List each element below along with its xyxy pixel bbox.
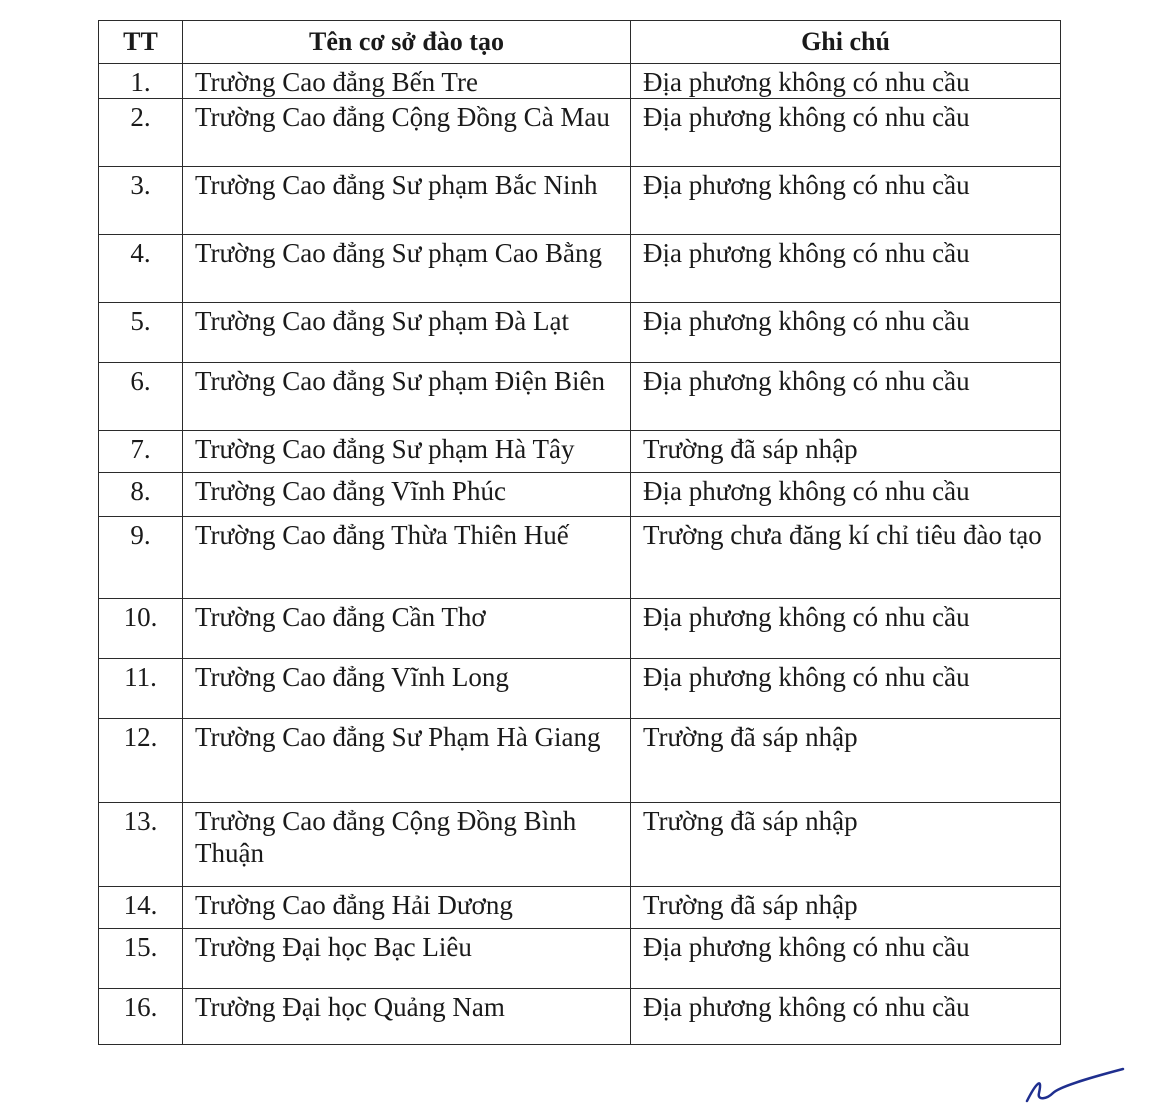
row-note: Trường đã sáp nhập: [631, 431, 1061, 473]
institution-name: Trường Cao đẳng Sư phạm Hà Tây: [183, 431, 631, 473]
row-note: Địa phương không có nhu cầu: [631, 99, 1061, 167]
row-number: 14.: [99, 887, 183, 929]
row-number: 7.: [99, 431, 183, 473]
institution-name: Trường Cao đẳng Thừa Thiên Huế: [183, 517, 631, 599]
table-row: 13.Trường Cao đẳng Cộng Đồng Bình ThuậnT…: [99, 803, 1061, 887]
row-note: Địa phương không có nhu cầu: [631, 167, 1061, 235]
row-number: 6.: [99, 363, 183, 431]
table-row: 16.Trường Đại học Quảng NamĐịa phương kh…: [99, 989, 1061, 1045]
row-note: Trường chưa đăng kí chỉ tiêu đào tạo: [631, 517, 1061, 599]
table-row: 11.Trường Cao đẳng Vĩnh LongĐịa phương k…: [99, 659, 1061, 719]
institution-name: Trường Cao đẳng Sư Phạm Hà Giang: [183, 719, 631, 803]
row-number: 13.: [99, 803, 183, 887]
row-note: Địa phương không có nhu cầu: [631, 303, 1061, 363]
row-number: 8.: [99, 473, 183, 517]
institution-name: Trường Cao đẳng Vĩnh Phúc: [183, 473, 631, 517]
table-row: 7.Trường Cao đẳng Sư phạm Hà TâyTrường đ…: [99, 431, 1061, 473]
row-note: Trường đã sáp nhập: [631, 887, 1061, 929]
row-number: 3.: [99, 167, 183, 235]
institution-name: Trường Cao đẳng Sư phạm Cao Bằng: [183, 235, 631, 303]
table-row: 9.Trường Cao đẳng Thừa Thiên HuếTrường c…: [99, 517, 1061, 599]
row-number: 1.: [99, 64, 183, 99]
table-row: 10.Trường Cao đẳng Cần ThơĐịa phương khô…: [99, 599, 1061, 659]
row-note: Địa phương không có nhu cầu: [631, 363, 1061, 431]
row-note: Trường đã sáp nhập: [631, 719, 1061, 803]
table-row: 4.Trường Cao đẳng Sư phạm Cao BằngĐịa ph…: [99, 235, 1061, 303]
institution-name: Trường Cao đẳng Hải Dương: [183, 887, 631, 929]
table-header-row: TT Tên cơ sở đào tạo Ghi chú: [99, 21, 1061, 64]
document-page: TT Tên cơ sở đào tạo Ghi chú 1.Trường Ca…: [0, 0, 1168, 1105]
institution-name: Trường Cao đẳng Sư phạm Điện Biên: [183, 363, 631, 431]
header-note: Ghi chú: [631, 21, 1061, 64]
table-row: 5.Trường Cao đẳng Sư phạm Đà LạtĐịa phươ…: [99, 303, 1061, 363]
institution-table: TT Tên cơ sở đào tạo Ghi chú 1.Trường Ca…: [98, 20, 1061, 1045]
row-number: 16.: [99, 989, 183, 1045]
table-row: 3.Trường Cao đẳng Sư phạm Bắc NinhĐịa ph…: [99, 167, 1061, 235]
row-note: Địa phương không có nhu cầu: [631, 473, 1061, 517]
table-row: 12.Trường Cao đẳng Sư Phạm Hà GiangTrườn…: [99, 719, 1061, 803]
table-row: 14.Trường Cao đẳng Hải DươngTrường đã sá…: [99, 887, 1061, 929]
table-row: 8.Trường Cao đẳng Vĩnh PhúcĐịa phương kh…: [99, 473, 1061, 517]
row-note: Địa phương không có nhu cầu: [631, 989, 1061, 1045]
institution-name: Trường Cao đẳng Sư phạm Bắc Ninh: [183, 167, 631, 235]
institution-name: Trường Cao đẳng Bến Tre: [183, 64, 631, 99]
table-row: 1.Trường Cao đẳng Bến TreĐịa phương khôn…: [99, 64, 1061, 99]
signature-icon: [1025, 1065, 1125, 1105]
row-note: Địa phương không có nhu cầu: [631, 659, 1061, 719]
row-note: Địa phương không có nhu cầu: [631, 929, 1061, 989]
row-number: 5.: [99, 303, 183, 363]
table-row: 2.Trường Cao đẳng Cộng Đồng Cà MauĐịa ph…: [99, 99, 1061, 167]
institution-name: Trường Đại học Bạc Liêu: [183, 929, 631, 989]
row-number: 4.: [99, 235, 183, 303]
header-name: Tên cơ sở đào tạo: [183, 21, 631, 64]
row-number: 2.: [99, 99, 183, 167]
institution-name: Trường Cao đẳng Cộng Đồng Cà Mau: [183, 99, 631, 167]
table-row: 6.Trường Cao đẳng Sư phạm Điện BiênĐịa p…: [99, 363, 1061, 431]
institution-name: Trường Đại học Quảng Nam: [183, 989, 631, 1045]
row-note: Địa phương không có nhu cầu: [631, 599, 1061, 659]
row-note: Địa phương không có nhu cầu: [631, 64, 1061, 99]
row-note: Địa phương không có nhu cầu: [631, 235, 1061, 303]
row-number: 10.: [99, 599, 183, 659]
table-row: 15.Trường Đại học Bạc LiêuĐịa phương khô…: [99, 929, 1061, 989]
row-number: 11.: [99, 659, 183, 719]
institution-name: Trường Cao đẳng Cần Thơ: [183, 599, 631, 659]
header-tt: TT: [99, 21, 183, 64]
row-note: Trường đã sáp nhập: [631, 803, 1061, 887]
row-number: 9.: [99, 517, 183, 599]
institution-name: Trường Cao đẳng Vĩnh Long: [183, 659, 631, 719]
institution-name: Trường Cao đẳng Sư phạm Đà Lạt: [183, 303, 631, 363]
row-number: 12.: [99, 719, 183, 803]
institution-name: Trường Cao đẳng Cộng Đồng Bình Thuận: [183, 803, 631, 887]
row-number: 15.: [99, 929, 183, 989]
